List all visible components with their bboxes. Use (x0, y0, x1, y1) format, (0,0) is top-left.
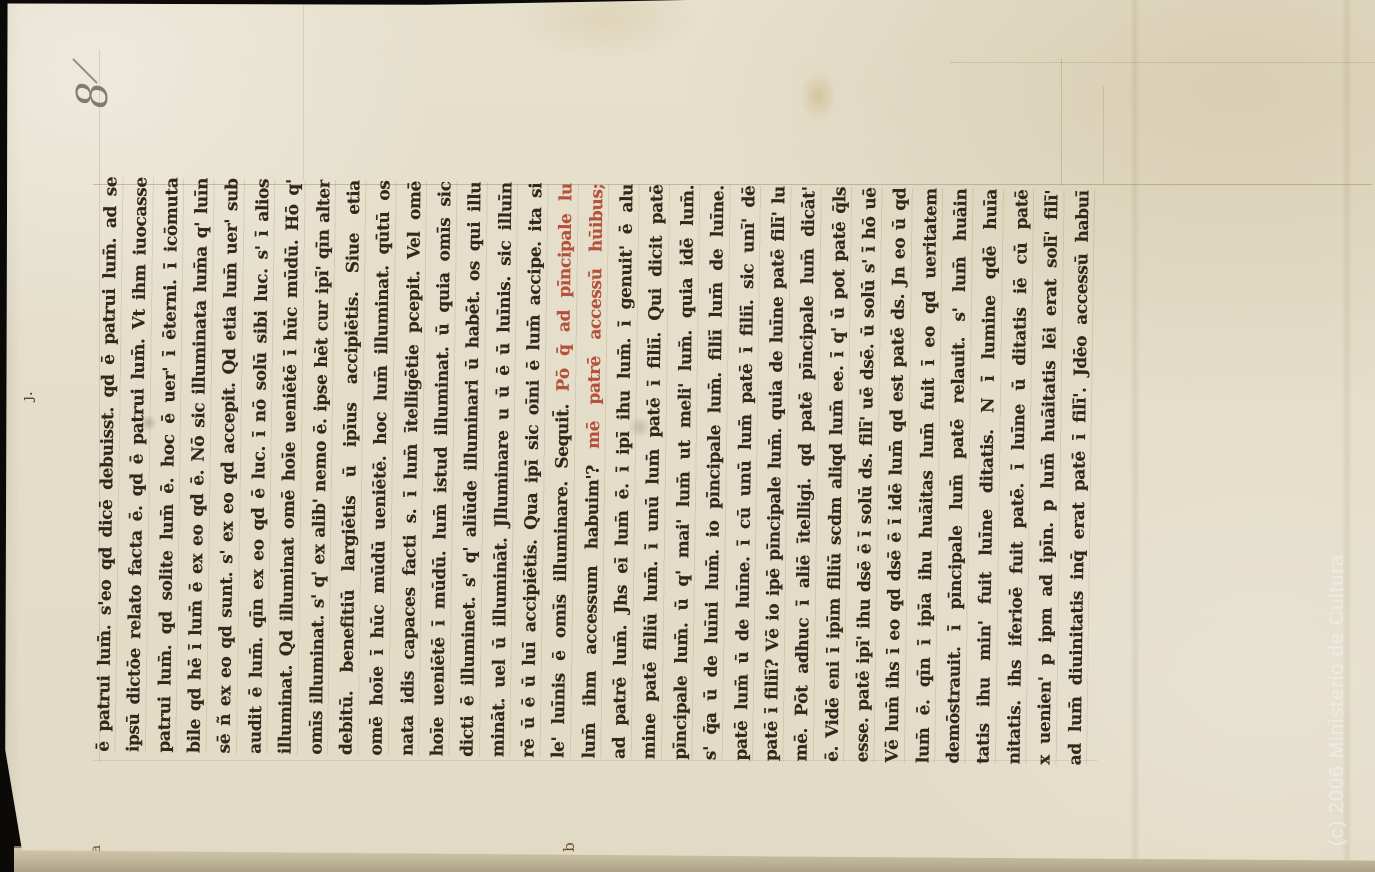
ink-text: s' q̄a ū de luīni lum̄. io pīncipale lum… (701, 185, 729, 760)
ink-text: nata idis capaces facti s. ī lum̄ ītelli… (397, 181, 425, 756)
ink-text: patē ī filiī? Vē io ipē pīncipale lum̄. … (761, 186, 789, 761)
ink-text: nitatis. ihs iferioē fuit patē. ī luīne … (1004, 189, 1032, 764)
ink-text: mināt. uel ū illumināt. Jlluminare u ū ē… (488, 182, 516, 757)
ruling-line (950, 62, 1375, 63)
ink-text: patrui lum̄. qd solite lum̄ ē. hoc ē uer… (154, 177, 182, 752)
ink-text: omīs illuminat. s' q' ex alib' nemo ē. i… (306, 180, 334, 755)
manuscript-page: ē patrui lum̄. s'eo qd dicē debuisst. qd… (0, 0, 1375, 872)
manuscript-text-block: ē patrui lum̄. s'eo qd dicē debuisst. qd… (89, 177, 1099, 766)
photograph-backdrop: { "artifact": { "kind": "medieval manusc… (0, 0, 1375, 872)
ink-text: ad patrē lum̄. Jhs eī lum̄ ē. ī ipī ihu … (610, 184, 638, 759)
ink-text: pīncipale lum̄. ū q' mai' lum̄ ut meli' … (670, 185, 698, 760)
ink-text: lum̄ ihm accessum habuim'? (579, 449, 603, 759)
ink-text: mine patē filiū lum̄. ī unū lum̄ patē ī … (640, 184, 668, 759)
ink-text: ipsū dictōe relato facta ē. qd ē patrui … (124, 177, 152, 752)
ink-text: ē patrui lum̄. s'eo qd dicē debuisst. qd… (94, 177, 122, 752)
rubric-text: Pō q̄ ad pīncipale lu (554, 183, 577, 392)
copyright-watermark: (c) 2006 Ministerio de Cultura (1324, 535, 1350, 865)
vertical-crease (1130, 0, 1140, 872)
ink-text: sē ñ ex eo qd sunt. s' ex eo qd accepit.… (215, 178, 243, 753)
ink-text: le' luīnis ē omīs illuminare. Sequit̄. (549, 391, 574, 758)
ink-text: patē lum̄ ū de luīne. ī cū unū lum̄ patē… (731, 186, 759, 761)
ink-text: audit ē lum̄. qīn ex eo qd ē luc. ī nō s… (245, 179, 273, 754)
ink-text: bile qd hē ī lum̄ ē ex eo qd ē. Nō sic i… (185, 178, 213, 753)
ink-text: hoīe ueniētē ī mūdū. lum̄ istud illumina… (427, 181, 455, 756)
ink-text: debitū. benefitiū largiētis ū ipīus acci… (336, 180, 364, 755)
ink-text: ē. Vidē eni ī ipīm filiū scdm aliqd lum̄… (822, 187, 850, 762)
ink-text: ad lum̄ diuinitatis inq̄ erat patē ī fil… (1065, 190, 1093, 765)
ruling-line (1061, 58, 1062, 185)
ruling-line (303, 4, 304, 180)
ink-text: rē ū ē ū luī accipiētis. Qua ipī sic oīn… (519, 183, 547, 758)
rubric-text: mē patrē accessū hūibus; (584, 183, 608, 449)
ink-text: omē hoīe ī hūc mūdū ueniētē. hoc lum̄ il… (367, 180, 395, 755)
ink-text: esse. patē ipī' ihu dsē ē ī solū ds. fil… (852, 187, 880, 762)
ink-text: illuminat. Qd illuminat omē hoīe ueniētē… (276, 179, 304, 754)
ink-text: tatis ihu min' fuit luīne ditatis. N ī l… (974, 189, 1002, 764)
ruling-line (1103, 86, 1104, 185)
ink-text: demōstrauit. ī pīncipale lum̄ patē relau… (944, 188, 972, 763)
margin-signature: ȷ. (11, 373, 43, 419)
folio-number-pencil: 8 (60, 63, 124, 127)
ink-text: lum̄ ē. qīn ī ipīa ihu huāitas lum̄ fuit… (913, 188, 941, 763)
ink-text: mē. Pōt adhuc ī aliē ītelligi. qd patē p… (792, 186, 820, 761)
ink-text: dicti ē illuminet. s' q' aliūde illumina… (458, 182, 486, 757)
ink-text: x uenien' p ipm ad ipīn. p lum̄ huāitati… (1035, 190, 1063, 765)
